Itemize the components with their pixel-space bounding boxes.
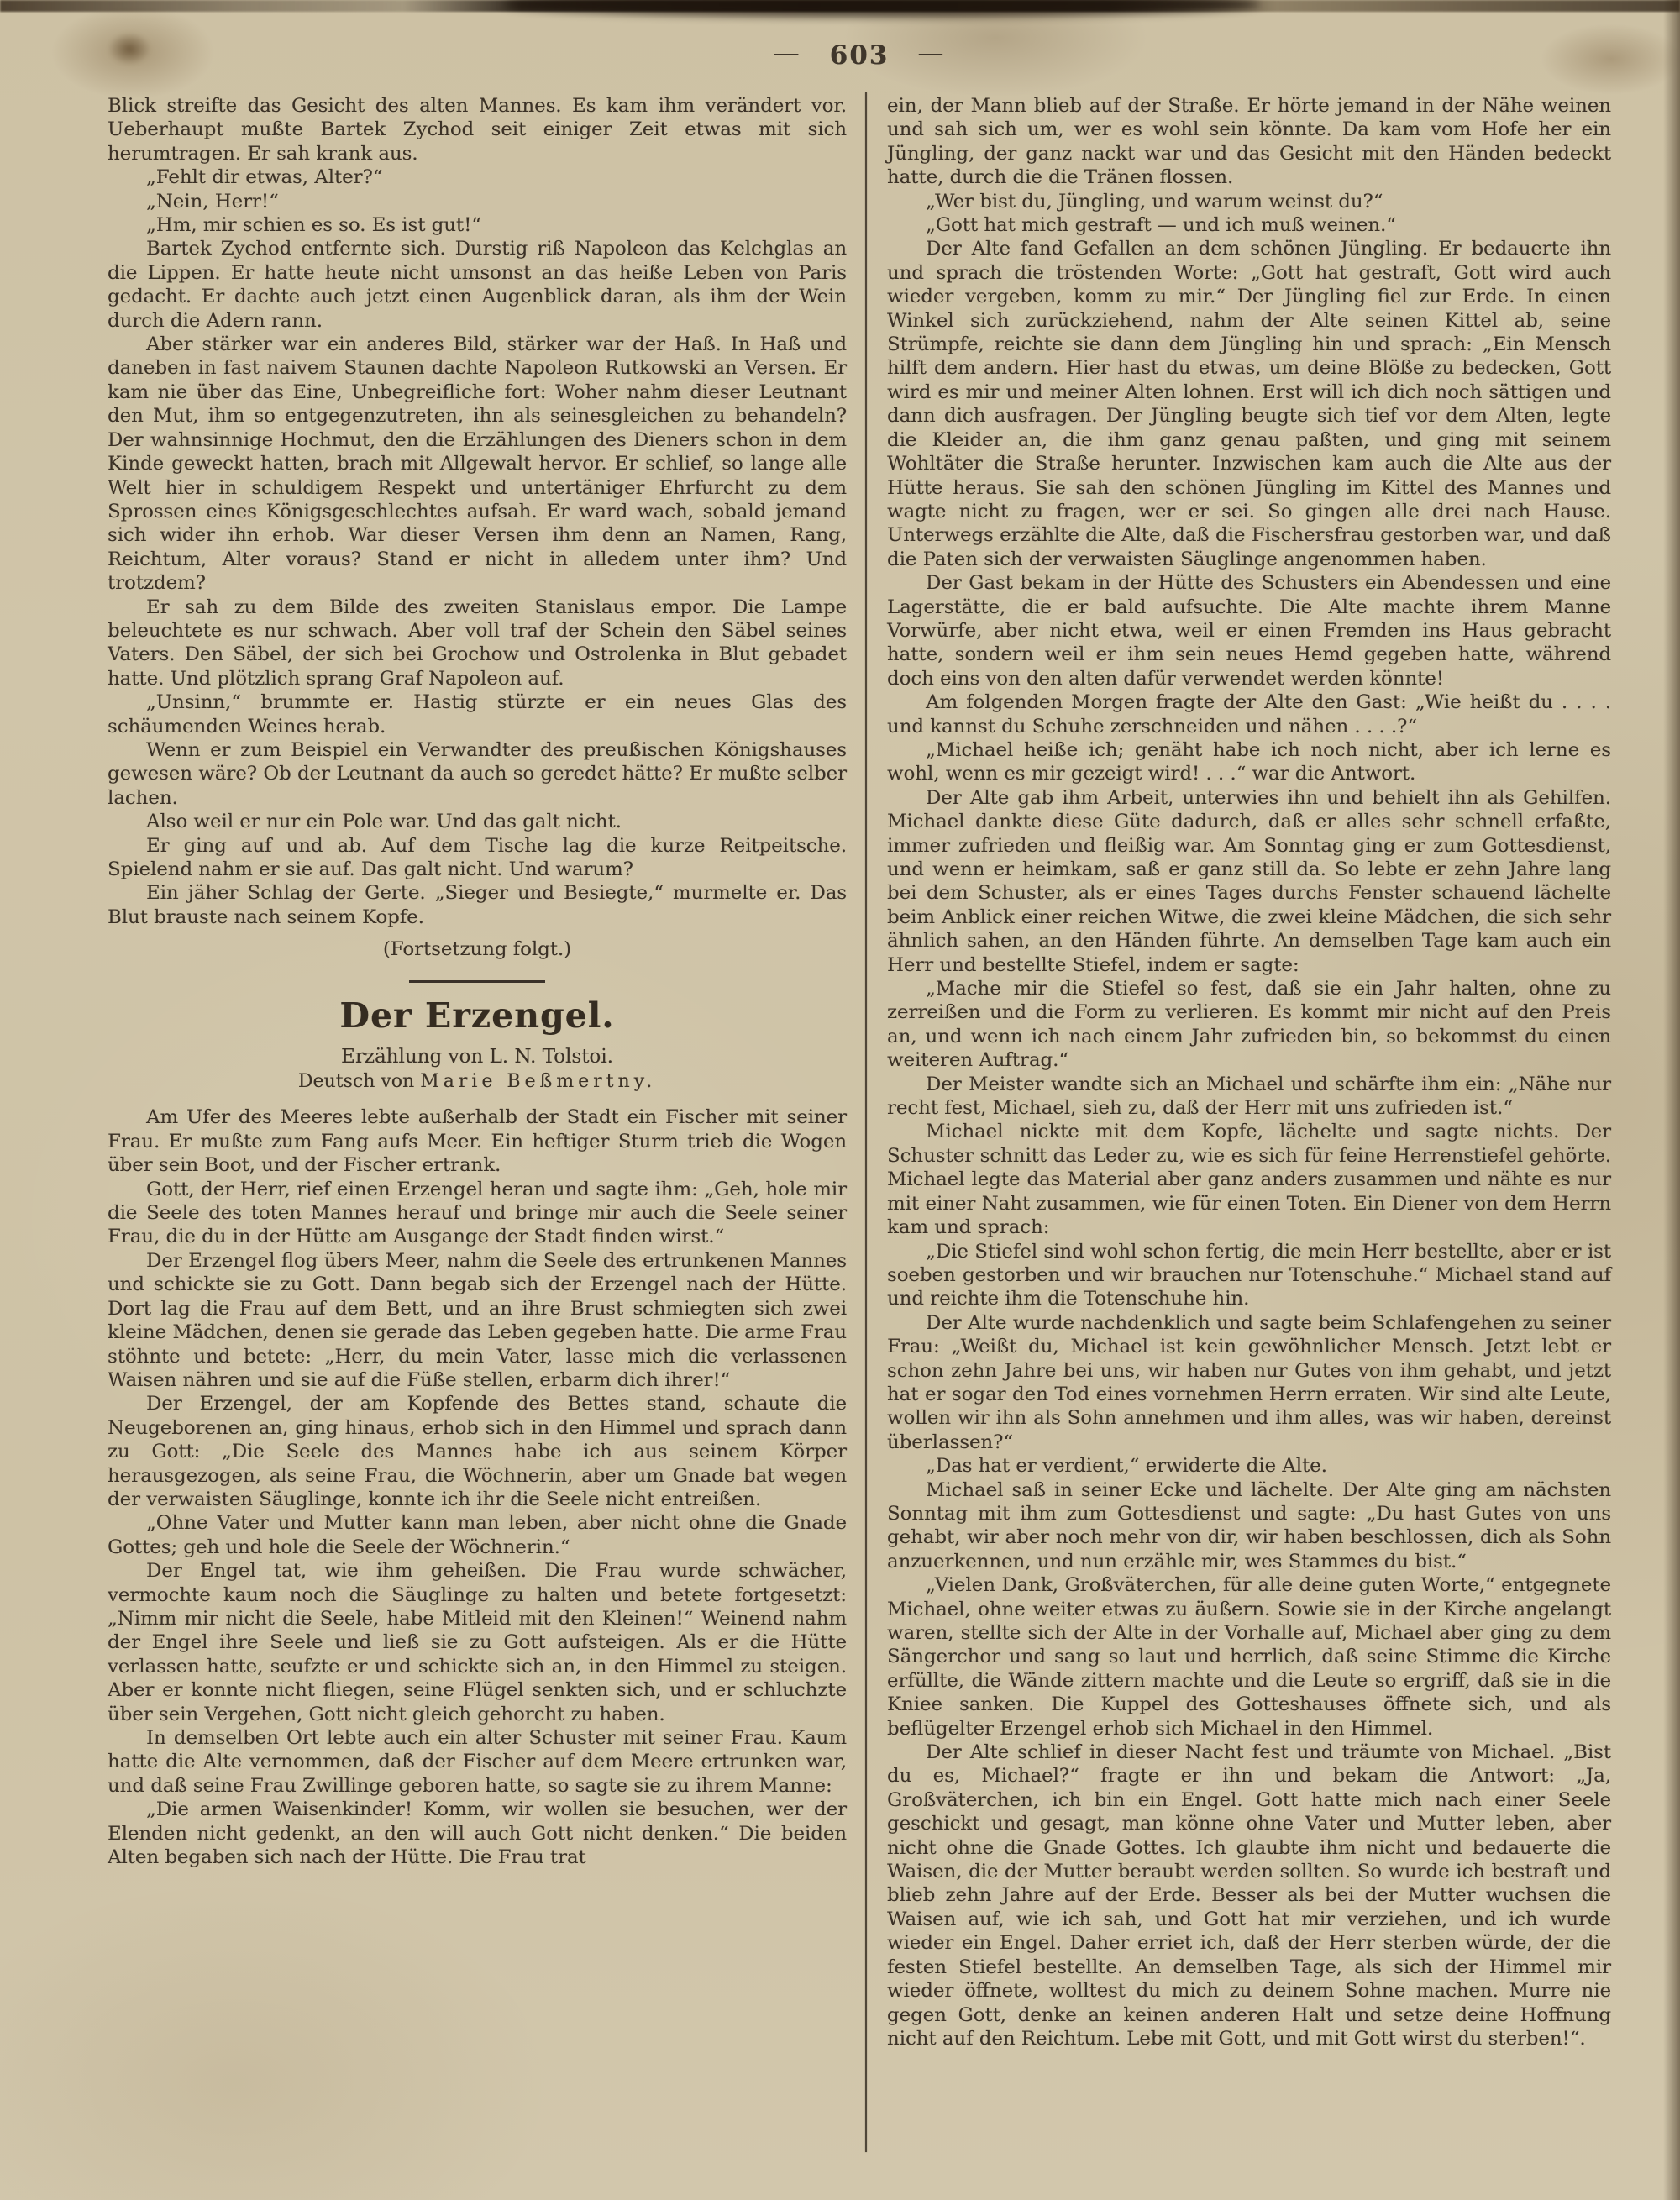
left-column: Blick streifte das Gesicht des alten Man… [108, 94, 847, 2050]
paragraph: Der Alte gab ihm Arbeit, unterwies ihn u… [887, 786, 1611, 977]
paragraph: Michael saß in seiner Ecke und lächelte.… [887, 1478, 1611, 1574]
section-divider-rule [409, 980, 545, 983]
paragraph: Am folgenden Morgen fragte der Alte den … [887, 690, 1611, 738]
paragraph: „Hm, mir schien es so. Es ist gut!“ [108, 213, 847, 237]
scan-edge-top-smudge [504, 0, 1260, 17]
paragraph: Er ging auf und ab. Auf dem Tische lag d… [108, 834, 847, 882]
paragraph: Der Meister wandte sich an Michael und s… [887, 1073, 1611, 1121]
paragraph: „Die armen Waisenkinder! Komm, wir wolle… [108, 1798, 847, 1869]
page-content: —603— Blick streifte das Gesicht des alt… [108, 37, 1611, 2050]
story-title: Der Erzengel. [108, 996, 847, 1035]
paragraph: „Mache mir die Stiefel so fest, daß sie … [887, 977, 1611, 1073]
page-number-value: 603 [830, 40, 890, 71]
byline-prefix: Deutsch von [298, 1071, 420, 1092]
paragraph: Der Erzengel, der am Kopfende des Bettes… [108, 1392, 847, 1511]
right-column: ein, der Mann blieb auf der Straße. Er h… [887, 94, 1611, 2050]
story-byline: Deutsch von Marie Beßmertny. [108, 1070, 847, 1094]
paragraph: „Unsinn,“ brummte er. Hastig stürzte er … [108, 690, 847, 738]
text-columns: Blick streifte das Gesicht des alten Man… [108, 94, 1611, 2050]
page-number: —603— [108, 37, 1611, 74]
paragraph: „Die Stiefel sind wohl schon fertig, die… [887, 1240, 1611, 1311]
paragraph: „Ohne Vater und Mutter kann man leben, a… [108, 1511, 847, 1559]
paragraph: Michael nickte mit dem Kopfe, lächelte u… [887, 1120, 1611, 1239]
paragraph: „Michael heiße ich; genäht habe ich noch… [887, 738, 1611, 786]
translator-name: Marie Beßmertny. [420, 1071, 656, 1092]
page-edge-right-shadow [1663, 0, 1680, 2200]
paragraph: Gott, der Herr, rief einen Erzengel hera… [108, 1178, 847, 1249]
newspaper-page: —603— Blick streifte das Gesicht des alt… [0, 0, 1680, 2200]
story-subtitle: Erzählung von L. N. Tolstoi. [108, 1045, 847, 1068]
paragraph: Ein jäher Schlag der Gerte. „Sieger und … [108, 881, 847, 929]
paragraph: „Nein, Herr!“ [108, 190, 847, 213]
paragraph: Der Erzengel flog übers Meer, nahm die S… [108, 1249, 847, 1392]
paragraph: Er sah zu dem Bilde des zweiten Stanisla… [108, 596, 847, 691]
paragraph: Aber stärker war ein anderes Bild, stärk… [108, 333, 847, 595]
column-divider-rule [865, 92, 867, 2152]
folio-dash-left: — [774, 34, 801, 71]
paragraph: „Fehlt dir etwas, Alter?“ [108, 165, 847, 189]
paragraph: Der Alte schlief in dieser Nacht fest un… [887, 1741, 1611, 2050]
paragraph: Wenn er zum Beispiel ein Verwandter des … [108, 738, 847, 810]
paragraph: Also weil er nur ein Pole war. Und das g… [108, 810, 847, 833]
paragraph: Der Gast bekam in der Hütte des Schuster… [887, 571, 1611, 690]
paragraph: Blick streifte das Gesicht des alten Man… [108, 94, 847, 165]
paragraph: Bartek Zychod entfernte sich. Durstig ri… [108, 237, 847, 333]
folio-dash-right: — [917, 34, 945, 71]
paragraph: In demselben Ort lebte auch ein alter Sc… [108, 1726, 847, 1798]
paragraph: Der Alte fand Gefallen an dem schönen Jü… [887, 237, 1611, 571]
continuation-notice: (Fortsetzung folgt.) [108, 937, 847, 961]
paragraph: Der Engel tat, wie ihm geheißen. Die Fra… [108, 1559, 847, 1726]
paragraph: „Vielen Dank, Großväterchen, für alle de… [887, 1573, 1611, 1741]
paragraph: „Gott hat mich gestraft — und ich muß we… [887, 213, 1611, 237]
paragraph: „Das hat er verdient,“ erwiderte die Alt… [887, 1454, 1611, 1478]
paragraph: Der Alte wurde nachdenklich und sagte be… [887, 1311, 1611, 1454]
paragraph: Am Ufer des Meeres lebte außerhalb der S… [108, 1105, 847, 1177]
paragraph: „Wer bist du, Jüngling, und warum weinst… [887, 190, 1611, 213]
paragraph: ein, der Mann blieb auf der Straße. Er h… [887, 94, 1611, 190]
